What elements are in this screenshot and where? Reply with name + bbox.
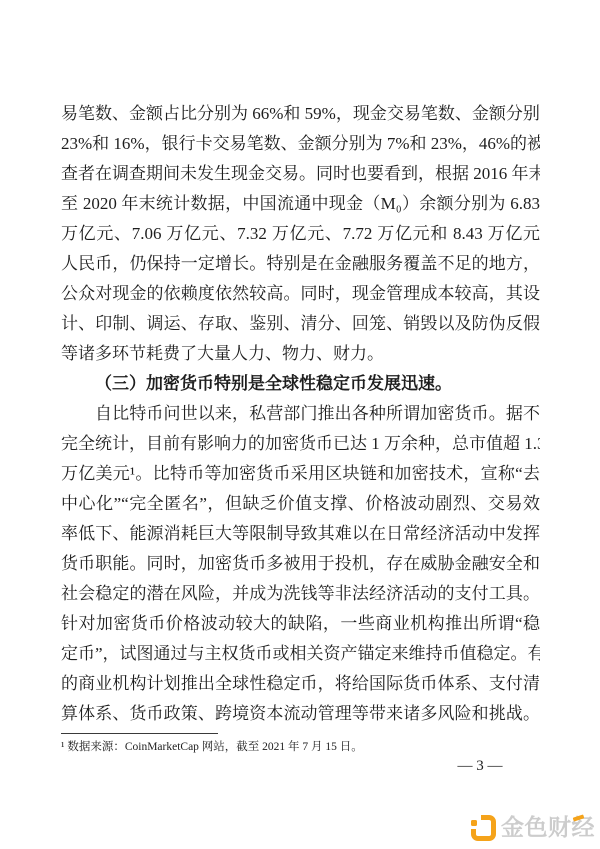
text-line: 率低下、能源消耗巨大等限制导致其难以在日常经济活动中发挥 bbox=[61, 519, 540, 549]
footnote-text: ¹ 数据来源：CoinMarketCap 网站，截至 2021 年 7 月 15… bbox=[61, 740, 481, 755]
text-line: 计、印制、调运、存取、鉴别、清分、回笼、销毁以及防伪反假 bbox=[61, 309, 540, 339]
text-line: 易笔数、金额占比分别为 66%和 59%，现金交易笔数、金额分别为 bbox=[61, 99, 540, 129]
text-line: 万亿美元¹。比特币等加密货币采用区块链和加密技术，宣称“去 bbox=[61, 459, 540, 489]
text-line: 完全统计，目前有影响力的加密货币已达 1 万余种，总市值超 1.3 bbox=[61, 429, 540, 459]
footnote-divider bbox=[61, 733, 218, 734]
text-line: 自比特币问世以来，私营部门推出各种所谓加密货币。据不 bbox=[61, 399, 540, 429]
golden-finance-logo-icon bbox=[471, 814, 496, 840]
text-line: 的商业机构计划推出全球性稳定币，将给国际货币体系、支付清 bbox=[61, 669, 540, 699]
text-line: 算体系、货币政策、跨境资本流动管理等带来诸多风险和挑战。 bbox=[61, 699, 540, 729]
text-line: 货币职能。同时，加密货币多被用于投机，存在威胁金融安全和 bbox=[61, 549, 540, 579]
text-line: 万亿元、7.06 万亿元、7.32 万亿元、7.72 万亿元和 8.43 万亿元 bbox=[61, 219, 540, 249]
text-line: 针对加密货币价格波动较大的缺陷，一些商业机构推出所谓“稳 bbox=[61, 609, 540, 639]
text-line: 社会稳定的潜在风险，并成为洗钱等非法经济活动的支付工具。 bbox=[61, 579, 540, 609]
text-line: 中心化”“完全匿名”，但缺乏价值支撑、价格波动剧烈、交易效 bbox=[61, 489, 540, 519]
text-line: 公众对现金的依赖度依然较高。同时，现金管理成本较高，其设 bbox=[61, 279, 540, 309]
brand-name-text: 金色财经 bbox=[501, 812, 595, 842]
document-page: 易笔数、金额占比分别为 66%和 59%，现金交易笔数、金额分别为 23%和 1… bbox=[0, 0, 600, 849]
body-text: 易笔数、金额占比分别为 66%和 59%，现金交易笔数、金额分别为 23%和 1… bbox=[61, 99, 540, 729]
text-line: 定币”，试图通过与主权货币或相关资产锚定来维持币值稳定。有 bbox=[61, 639, 540, 669]
section-heading: （三）加密货币特别是全球性稳定币发展迅速。 bbox=[61, 369, 540, 399]
text-line: 等诸多环节耗费了大量人力、物力、财力。 bbox=[61, 339, 540, 369]
page-number: — 3 — bbox=[430, 756, 530, 776]
watermark: 金色财经 bbox=[471, 812, 595, 842]
text-line: 查者在调查期间未发生现金交易。同时也要看到，根据 2016 年末 bbox=[61, 159, 540, 189]
text-line: 23%和 16%，银行卡交易笔数、金额分别为 7%和 23%，46%的被调 bbox=[61, 129, 540, 159]
text-line: 人民币，仍保持一定增长。特别是在金融服务覆盖不足的地方， bbox=[61, 249, 540, 279]
text-line: 至 2020 年末统计数据，中国流通中现金（M₀）余额分别为 6.83 bbox=[61, 189, 540, 219]
